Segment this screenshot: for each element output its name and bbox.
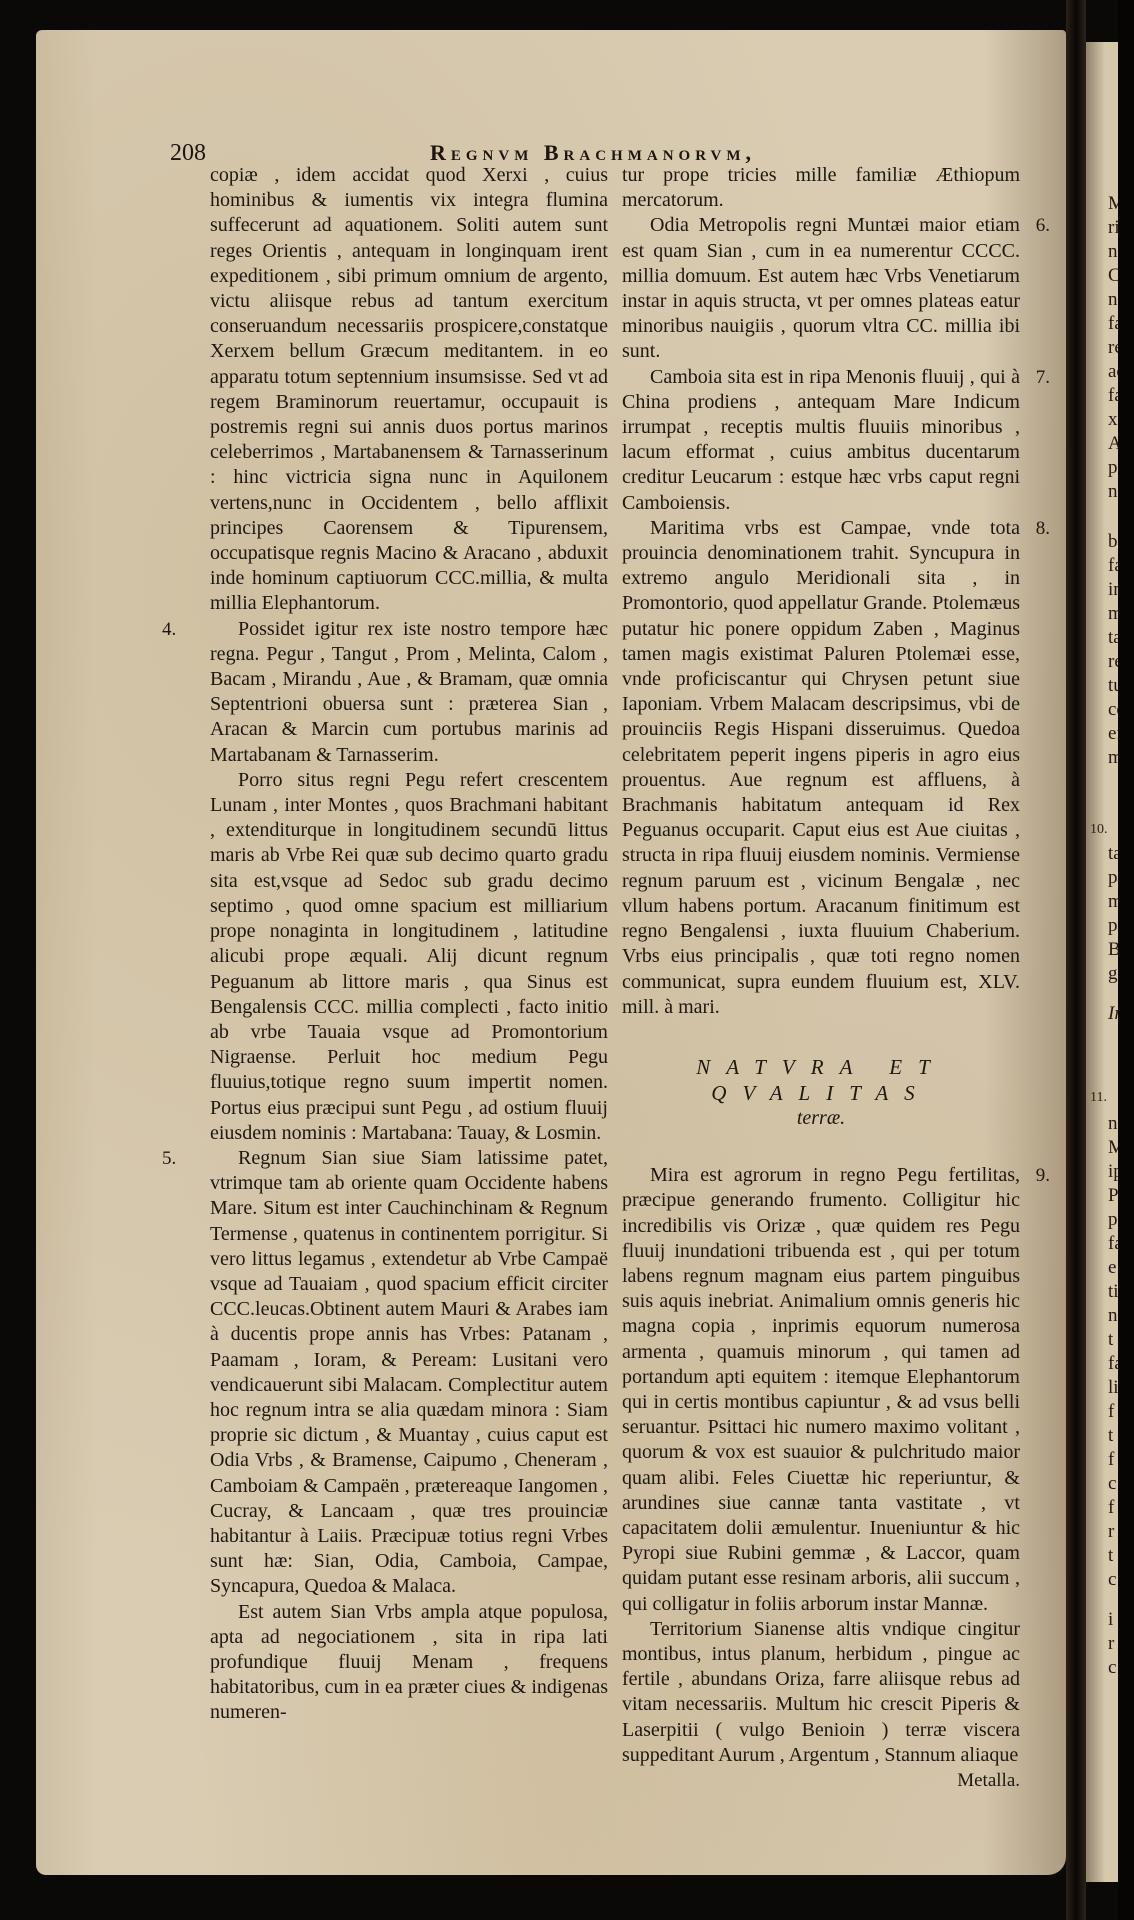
left-column: copiæ , idem accidat quod Xerxi , cuius … <box>210 163 608 1726</box>
paragraph-text: Possidet igitur rex iste nostro tempore … <box>210 617 608 768</box>
paragraph: 6. Odia Metropolis regni Muntæi maior et… <box>622 213 1020 364</box>
scan-border <box>1118 0 1134 1920</box>
text-fragment: i <box>1108 1608 1113 1632</box>
paragraph: Porro situs regni Pegu refert crescentem… <box>210 768 608 1146</box>
paragraph: 7. Camboia sita est in ripa Menonis fluu… <box>622 365 1020 516</box>
margin-number: 6. <box>1036 213 1050 238</box>
text-fragment: c <box>1108 1472 1116 1496</box>
section-subtitle: terræ. <box>622 1106 1020 1131</box>
paragraph-text: Odia Metropolis regni Muntæi maior etiam… <box>622 213 1020 364</box>
margin-number: 4. <box>162 617 176 642</box>
text-fragment: p <box>1108 866 1118 890</box>
paragraph-text: Camboia sita est in ripa Menonis fluuij … <box>622 365 1020 516</box>
paragraph-text: Regnum Sian siue Siam latissime patet, v… <box>210 1146 608 1600</box>
paragraph: Territorium Sianense altis vndique cingi… <box>622 1617 1020 1768</box>
margin-number: 8. <box>1036 516 1050 541</box>
text-fragment: c <box>1108 1568 1116 1592</box>
text-fragment: n <box>1108 1112 1118 1136</box>
text-fragment: ti <box>1108 1280 1119 1304</box>
text-fragment: f <box>1108 1496 1114 1520</box>
paragraph-text: Porro situs regni Pegu refert crescentem… <box>210 768 608 1146</box>
text-fragment: r <box>1108 1520 1114 1544</box>
page-number: 208 <box>170 140 206 167</box>
text-fragment: t <box>1108 1424 1113 1448</box>
text-fragment: b <box>1108 530 1118 554</box>
margin-number: 11. <box>1090 1090 1107 1106</box>
text-fragment: n <box>1108 1304 1118 1328</box>
section-title: NATVRA ET QVALITAS <box>622 1054 1020 1106</box>
text-fragment: n <box>1108 480 1118 504</box>
paragraph: copiæ , idem accidat quod Xerxi , cuius … <box>210 163 608 617</box>
book-gutter <box>1066 0 1086 1920</box>
catchword: Metalla. <box>622 1768 1020 1793</box>
text-fragment: t <box>1108 1544 1113 1568</box>
paragraph: 4. Possidet igitur rex iste nostro tempo… <box>210 617 608 768</box>
paragraph-text: copiæ , idem accidat quod Xerxi , cuius … <box>210 163 608 617</box>
text-fragment: g <box>1108 962 1118 986</box>
paragraph: 5. Regnum Sian siue Siam latissime patet… <box>210 1146 608 1600</box>
paragraph-text: Maritima vrbs est Campae, vnde tota prou… <box>622 516 1020 1020</box>
text-fragment: e <box>1108 1256 1116 1280</box>
paragraph: Est autem Sian Vrbs ampla atque populosa… <box>210 1600 608 1726</box>
paragraph-text: Mira est agrorum in regno Pegu fertilita… <box>622 1163 1020 1617</box>
paragraph-text: Est autem Sian Vrbs ampla atque populosa… <box>210 1600 608 1726</box>
text-fragment: r <box>1108 1632 1114 1656</box>
margin-number: 10. <box>1090 822 1108 838</box>
text-fragment: f <box>1108 1400 1114 1424</box>
right-column: tur prope tricies mille familiæ Æthiopum… <box>622 163 1020 1793</box>
margin-number: 9. <box>1036 1163 1050 1188</box>
paragraph: tur prope tricies mille familiæ Æthiopum… <box>622 163 1020 213</box>
text-fragment: p <box>1108 1208 1118 1232</box>
text-fragment: P <box>1108 1184 1119 1208</box>
text-fragment: t <box>1108 1328 1113 1352</box>
text-fragment: c <box>1108 1656 1116 1680</box>
paragraph-text: Territorium Sianense altis vndique cingi… <box>622 1617 1020 1768</box>
paragraph: 9. Mira est agrorum in regno Pegu fertil… <box>622 1163 1020 1617</box>
margin-number: 7. <box>1036 365 1050 390</box>
paragraph-text: tur prope tricies mille familiæ Æthiopum… <box>622 163 1020 213</box>
text-fragment: n <box>1108 288 1118 312</box>
margin-number: 5. <box>162 1146 176 1171</box>
text-fragment: li <box>1108 1376 1119 1400</box>
paragraph: 8. Maritima vrbs est Campae, vnde tota p… <box>622 516 1020 1020</box>
text-fragment: f <box>1108 1448 1114 1472</box>
